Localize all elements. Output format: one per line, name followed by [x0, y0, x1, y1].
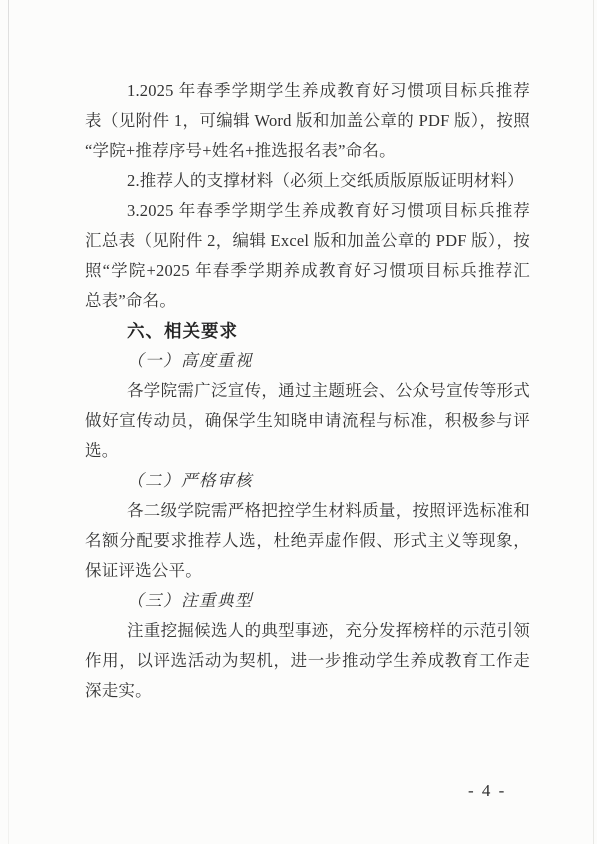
document-body: 1.2025 年春季学期学生养成教育好习惯项目标兵推荐 表（见附件 1，可编辑 … [85, 76, 530, 706]
doc-line: 选。 [85, 436, 530, 466]
doc-line: 作用，以评选活动为契机，进一步推动学生养成教育工作走 [85, 646, 530, 676]
scan-right-edge-line [593, 0, 594, 844]
doc-line: 总表”命名。 [85, 286, 530, 316]
doc-line: 1.2025 年春季学期学生养成教育好习惯项目标兵推荐 [85, 76, 530, 106]
section-heading: 六、相关要求 [85, 316, 530, 346]
doc-line: 名额分配要求推荐人选，杜绝弄虚作假、形式主义等现象， [85, 526, 530, 556]
subsection-heading: （一）高度重视 [85, 346, 530, 376]
doc-line: “学院+推荐序号+姓名+推选报名表”命名。 [85, 136, 530, 166]
doc-line: 各二级学院需严格把控学生材料质量，按照评选标准和 [85, 496, 530, 526]
doc-line: 照“学院+2025 年春季学期养成教育好习惯项目标兵推荐汇 [85, 256, 530, 286]
doc-line: 汇总表（见附件 2，编辑 Excel 版和加盖公章的 PDF 版），按 [85, 226, 530, 256]
subsection-heading: （二）严格审核 [85, 466, 530, 496]
doc-line: 各学院需广泛宣传，通过主题班会、公众号宣传等形式 [85, 376, 530, 406]
subsection-heading: （三）注重典型 [85, 586, 530, 616]
scan-left-edge-line [8, 0, 9, 844]
doc-line: 表（见附件 1，可编辑 Word 版和加盖公章的 PDF 版），按照 [85, 106, 530, 136]
doc-line: 注重挖掘候选人的典型事迹，充分发挥榜样的示范引领 [85, 616, 530, 646]
doc-line: 深走实。 [85, 676, 530, 706]
doc-line: 做好宣传动员，确保学生知晓申请流程与标准，积极参与评 [85, 406, 530, 436]
doc-line: 保证评选公平。 [85, 556, 530, 586]
page-number: - 4 - [468, 781, 506, 801]
doc-line: 3.2025 年春季学期学生养成教育好习惯项目标兵推荐 [85, 196, 530, 226]
doc-line: 2.推荐人的支撑材料（必须上交纸质版原版证明材料） [85, 166, 530, 196]
scanned-document-page: 1.2025 年春季学期学生养成教育好习惯项目标兵推荐 表（见附件 1，可编辑 … [0, 0, 597, 844]
